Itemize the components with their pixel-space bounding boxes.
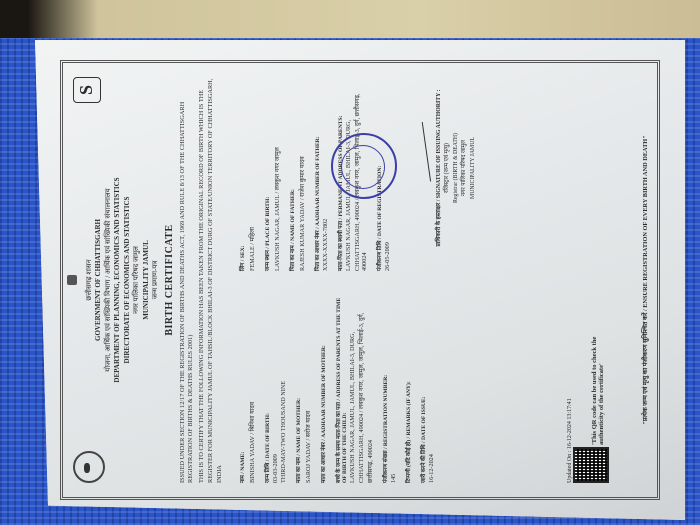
- certificate-frame: S छत्तीसगढ़ शासन GOVERNMENT OF CHHATTISG…: [60, 60, 660, 500]
- issue-date-value: 16-12-2024: [428, 289, 435, 483]
- dob-value: 03-03-2009: [272, 289, 279, 483]
- dob-words: THIRD-MAY-TWO THOUSAND NINE: [280, 289, 287, 483]
- authority-line4: MUNICIPALITY JAMUL: [469, 83, 477, 253]
- official-stamp-icon: [331, 133, 397, 199]
- state-emblem-icon: [73, 451, 105, 483]
- crs-logo-icon: S: [73, 77, 101, 103]
- issuing-authority: प्राधिकारी के हस्ताक्षर / SIGNATURE OF I…: [435, 83, 477, 253]
- mother-aadhaar-label: माता का आधार नंबर / AADHAAR NUMBER OF MO…: [319, 289, 327, 483]
- father-aadhaar-value: XXXX-XXXX-7802: [322, 77, 329, 271]
- dept-name: DEPARTMENT OF PLANNING, ECONOMICS AND ST…: [113, 77, 122, 483]
- father-label: पिता का नाम / NAME OF FATHER:: [288, 77, 296, 271]
- father-aadhaar-label: पिता का आधार नंबर / AADHAAR NUMBER OF FA…: [313, 77, 321, 271]
- address-birth-value: LAVKUSH NAGAR, JAMUL, JAMUL, BHILAI-3, D…: [349, 289, 374, 483]
- municipality-hindi: नगर पालिका परिषद जामुल: [132, 77, 141, 483]
- qr-note: 'This QR code can be used to check the a…: [591, 305, 605, 445]
- name-value: BINISHA YADAV / बिनिशा यादव: [247, 289, 256, 483]
- reg-number-value: 145: [390, 289, 397, 483]
- name-label: नाम / NAME:: [238, 289, 246, 483]
- father-value: RAJESH KUMAR YADAV / राजेश कुमार यादव: [297, 77, 306, 271]
- mother-value: SAROJ YADAV / सरोज यादव: [303, 289, 312, 483]
- govt-hindi: छत्तीसगढ़ शासन: [85, 77, 94, 483]
- dept-hindi: योजना, आर्थिक एवं सांख्यिकी विभाग / आर्थ…: [104, 77, 113, 483]
- footer-slogan: "प्रत्येक जन्म एवं मृत्यु का पंजीकरण सुन…: [640, 63, 649, 497]
- fields-left: नाम / NAME: BINISHA YADAV / बिनिशा यादव …: [231, 289, 435, 483]
- title-hindi: जन्म प्रमाण-पत्र: [151, 77, 160, 483]
- govt-name: GOVERNMENT OF CHHATTISGARH: [94, 77, 103, 483]
- authority-label: प्राधिकारी के हस्ताक्षर / SIGNATURE OF I…: [435, 83, 443, 253]
- address-birth-label: बच्चे के जन्म के समय माता-पिता का पता / …: [334, 289, 348, 483]
- directorate-name: DIRECTORATE OF ECONOMICS AND STATISTICS: [123, 77, 132, 483]
- place-label: जन्म स्थान / PLACE OF BIRTH:: [263, 77, 271, 271]
- sex-label: लिंग / SEX:: [238, 77, 246, 271]
- certificate-title: BIRTH CERTIFICATE: [164, 77, 175, 483]
- table-surface: [0, 0, 700, 40]
- sex-value: FEMALE / महिला: [247, 77, 256, 271]
- national-emblem-icon: [67, 275, 77, 285]
- place-value: LAVKUSH NAGAR, JAMUL / लवकुश नगर जामुल: [272, 77, 281, 271]
- authority-line2: Registrar (BIRTH & DEATH): [452, 83, 460, 253]
- mother-label: माता का नाम / NAME OF MOTHER:: [294, 289, 302, 483]
- municipality-name: MUNICIPALITY JAMUL: [142, 77, 151, 483]
- qr-code-icon[interactable]: [573, 447, 609, 483]
- dob-label: जन्म तिथि / DATE OF BIRTH:: [263, 289, 271, 483]
- reg-number-label: पंजीकरण संख्या / REGISTRATION NUMBER:: [381, 289, 389, 483]
- issue-date-label: जारी करने की तिथि / DATE OF ISSUE:: [419, 289, 427, 483]
- birth-certificate-paper: S छत्तीसगढ़ शासन GOVERNMENT OF CHHATTISG…: [35, 40, 685, 520]
- certify-text: THIS IS TO CERTIFY THAT THE FOLLOWING IN…: [198, 77, 224, 483]
- certificate-header: छत्तीसगढ़ शासन GOVERNMENT OF CHHATTISGAR…: [85, 77, 161, 483]
- authority-line3: नगर पालिका परिषद जामुल: [460, 83, 468, 253]
- fields-grid: नाम / NAME: BINISHA YADAV / बिनिशा यादव …: [231, 77, 435, 483]
- issued-under-text: ISSUED UNDER SECTION 12/17 OF THE REGIST…: [179, 77, 197, 483]
- remarks-label: टिप्पणी (यदि कोई हो) / REMARKS (IF ANY):: [404, 289, 412, 483]
- authority-line1: रजिस्ट्रार (जन्म एवं मृत्यु): [443, 83, 451, 253]
